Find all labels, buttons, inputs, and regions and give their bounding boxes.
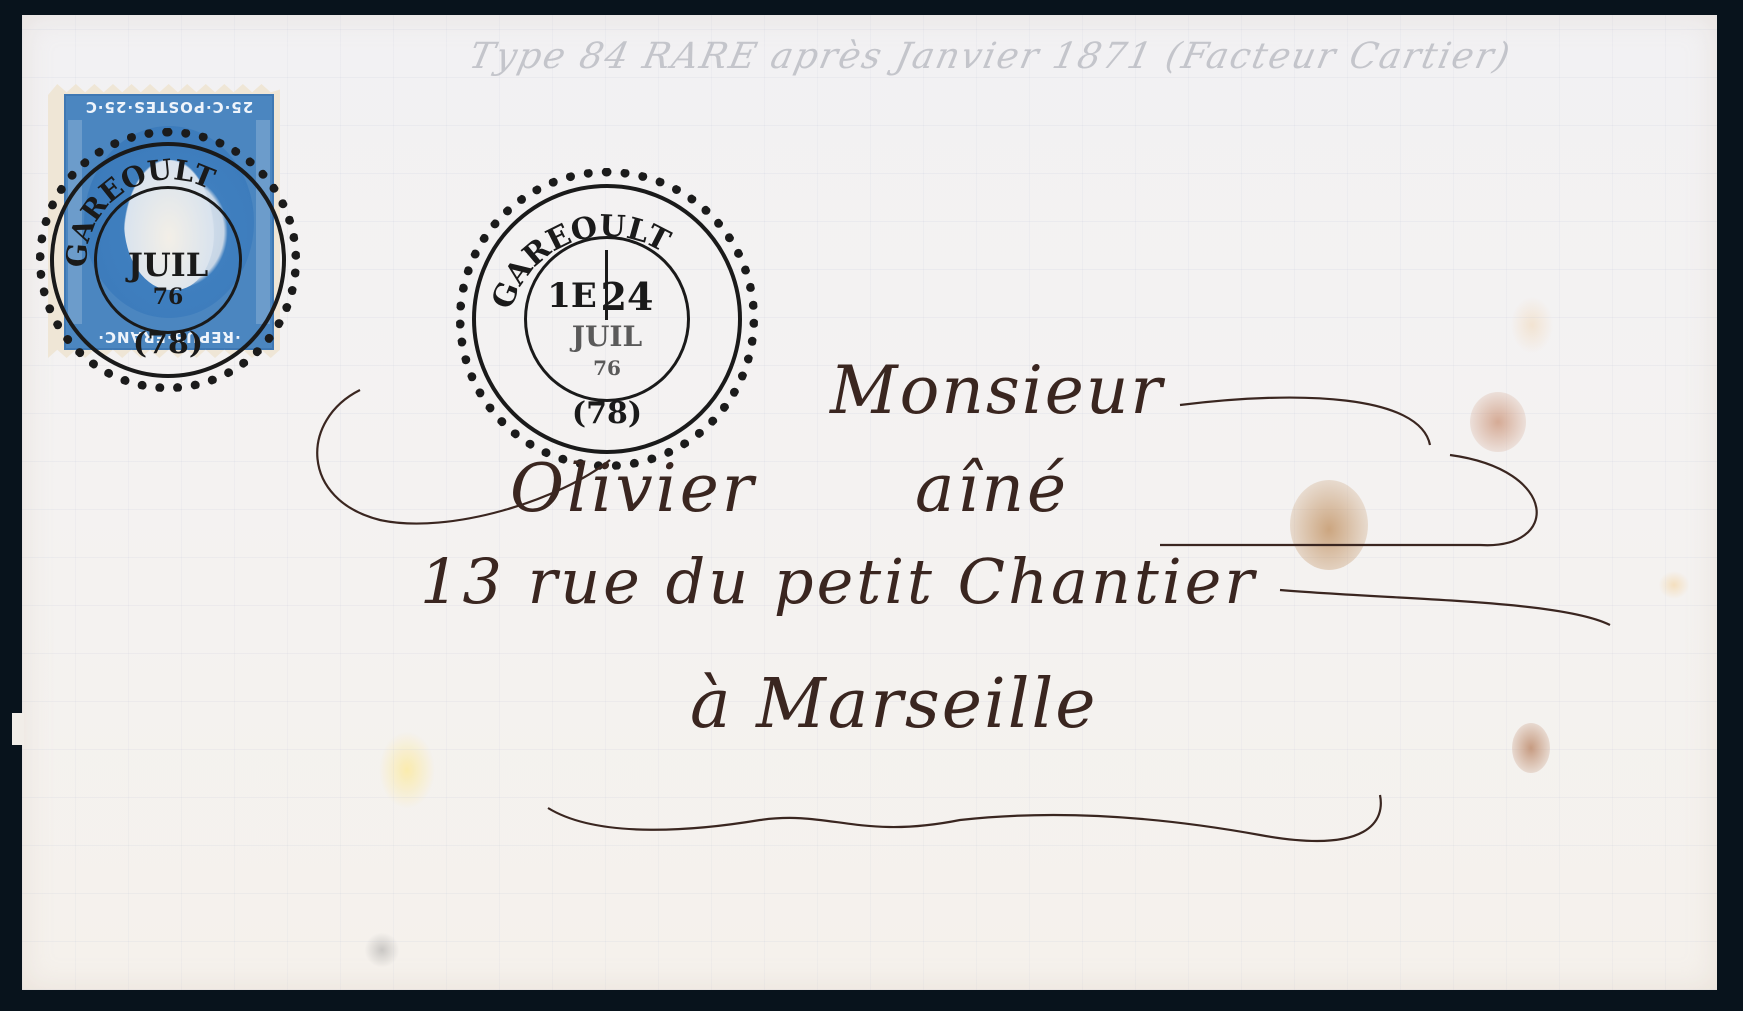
address-salutation: Monsieur — [830, 352, 1164, 429]
postmark-department: (78) — [456, 396, 758, 431]
postmark-department: (78) — [36, 326, 300, 361]
stain — [1470, 392, 1526, 452]
address-city: à Marseille — [690, 665, 1097, 744]
paper-flap — [12, 713, 24, 745]
address-name-first: Olivier — [510, 450, 756, 527]
pencil-annotation: Type 84 RARE après Janvier 1871 (Facteur… — [466, 36, 1715, 77]
postmark-year: 76 — [36, 284, 300, 310]
postmark-month: JUIL — [456, 320, 758, 353]
postmark-day: 24 — [496, 274, 758, 319]
stain — [1512, 723, 1550, 773]
stain — [1290, 480, 1368, 570]
address-street: 13 rue du petit Chantier — [420, 545, 1257, 618]
postmark-cancel: GAREOULT JUIL 76 (78) — [36, 128, 300, 392]
postmark-month: JUIL — [36, 246, 300, 284]
address-name-second: aîné — [915, 450, 1069, 527]
postmark-dated: GAREOULT 1E 24 JUIL 76 (78) — [456, 168, 758, 470]
stamp-bottom-text: 25·C·POSTES·25·C — [66, 96, 272, 118]
postmark-year: 76 — [456, 356, 758, 380]
